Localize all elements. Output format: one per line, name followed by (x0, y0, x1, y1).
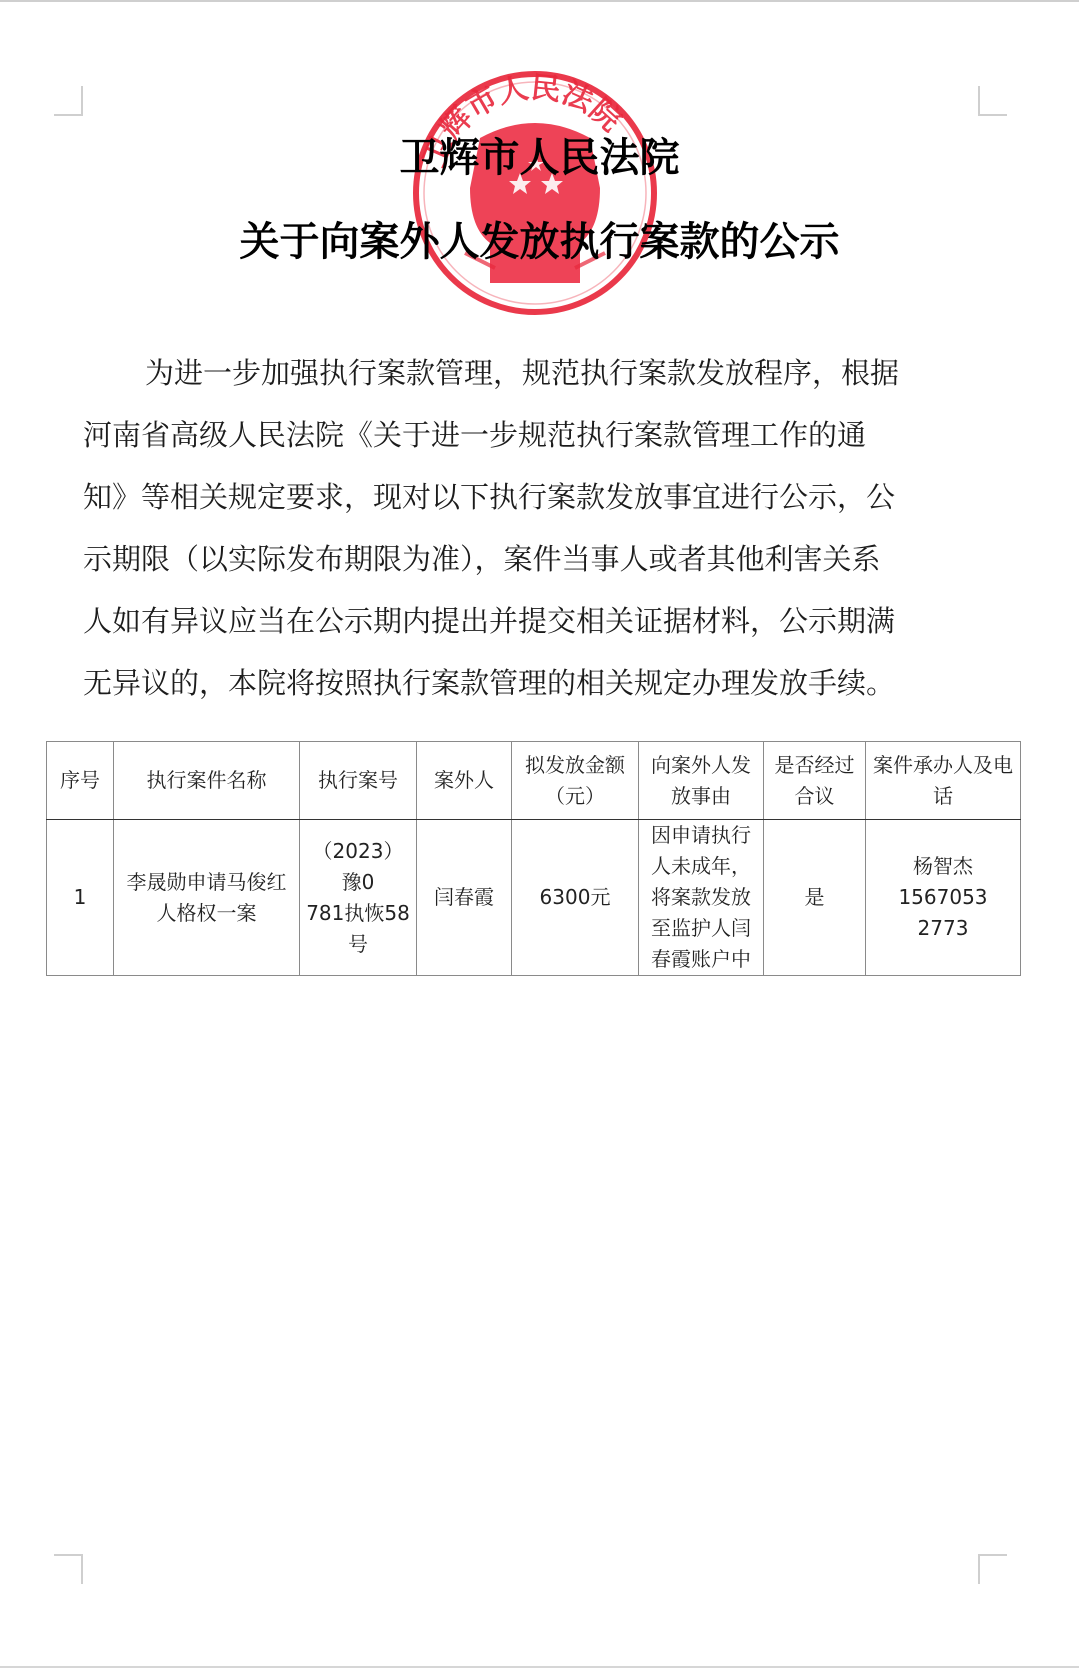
cell-text: 6300元 (515, 882, 635, 913)
header-case-number: 执行案号 (300, 742, 417, 820)
page-top-edge (0, 0, 1079, 2)
cell-text: 1 (50, 882, 110, 913)
header-third-party: 案外人 (417, 742, 512, 820)
cell-text: 李晟勋申请马俊红 (117, 867, 296, 898)
notice-paragraph: 为进一步加强执行案款管理，规范执行案款发放程序，根据 河南省高级人民法院《关于进… (83, 354, 973, 726)
header-text: 执行案件名称 (117, 765, 296, 796)
page-corner-mark-top-left (54, 86, 83, 116)
header-text: 序号 (50, 765, 110, 796)
cell-index: 1 (47, 820, 114, 976)
header-text: 拟发放金额 (515, 750, 635, 781)
header-text: 放事由 (642, 781, 760, 812)
cell-text: 杨智杰1567053 (869, 851, 1017, 913)
cell-reason: 因申请执行 人未成年， 将案款发放 至监护人闫 春霞账户中 (639, 820, 764, 976)
header-deliberated: 是否经过 合议 (764, 742, 866, 820)
paragraph-line: 示期限（以实际发布期限为准），案件当事人或者其他利害关系 (83, 540, 973, 602)
header-text: 向案外人发 (642, 750, 760, 781)
document-title: 卫辉市人民法院 (0, 126, 1079, 183)
court-seal-icon: 卫辉市人民法院 (410, 68, 660, 318)
cell-third-party: 闫春霞 (417, 820, 512, 976)
cell-text: 春霞账户中 (642, 944, 760, 975)
cell-text: 人未成年， (642, 851, 760, 882)
cell-text: 人格权一案 (117, 898, 296, 929)
header-text: 案外人 (420, 765, 508, 796)
payout-table: 序号 执行案件名称 执行案号 案外人 拟发放金额 （元） 向案外人发 放事由 是… (46, 741, 1021, 976)
cell-handler-phone: 杨智杰1567053 2773 (866, 820, 1021, 976)
header-text: 执行案号 (303, 765, 413, 796)
cell-text: 781执恢58 (303, 898, 413, 929)
cell-text: 是 (767, 882, 862, 913)
cell-text: 将案款发放 (642, 882, 760, 913)
paragraph-line: 河南省高级人民法院《关于进一步规范执行案款管理工作的通 (83, 416, 973, 478)
cell-text: 2773 (869, 913, 1017, 944)
cell-text: 至监护人闫 (642, 913, 760, 944)
header-text: 是否经过 (767, 750, 862, 781)
paragraph-line: 为进一步加强执行案款管理，规范执行案款发放程序，根据 (83, 354, 973, 416)
document-subtitle: 关于向案外人发放执行案款的公示 (0, 210, 1079, 267)
cell-deliberated: 是 (764, 820, 866, 976)
cell-text: 号 (303, 929, 413, 960)
page-corner-mark-top-right (978, 86, 1007, 116)
cell-case-number: （2023）豫0 781执恢58 号 (300, 820, 417, 976)
header-text: （元） (515, 781, 635, 812)
cell-text: （2023）豫0 (303, 836, 413, 898)
cell-text: 因申请执行 (642, 820, 760, 851)
header-text: 合议 (767, 781, 862, 812)
header-text: 案件承办人及电 (869, 750, 1017, 781)
cell-text: 闫春霞 (420, 882, 508, 913)
paragraph-line: 无异议的，本院将按照执行案款管理的相关规定办理发放手续。 (83, 664, 973, 726)
header-amount: 拟发放金额 （元） (512, 742, 639, 820)
page-corner-mark-bottom-left (54, 1554, 83, 1584)
header-reason: 向案外人发 放事由 (639, 742, 764, 820)
table-row: 1 李晟勋申请马俊红 人格权一案 （2023）豫0 781执恢58 号 闫春霞 … (47, 820, 1021, 976)
paragraph-line: 知》等相关规定要求，现对以下执行案款发放事宜进行公示，公 (83, 478, 973, 540)
cell-case-name: 李晟勋申请马俊红 人格权一案 (114, 820, 300, 976)
table-header-row: 序号 执行案件名称 执行案号 案外人 拟发放金额 （元） 向案外人发 放事由 是… (47, 742, 1021, 820)
header-text: 话 (869, 781, 1017, 812)
header-index: 序号 (47, 742, 114, 820)
page-corner-mark-bottom-right (978, 1554, 1007, 1584)
header-case-name: 执行案件名称 (114, 742, 300, 820)
cell-amount: 6300元 (512, 820, 639, 976)
header-handler-phone: 案件承办人及电 话 (866, 742, 1021, 820)
paragraph-line: 人如有异议应当在公示期内提出并提交相关证据材料，公示期满 (83, 602, 973, 664)
